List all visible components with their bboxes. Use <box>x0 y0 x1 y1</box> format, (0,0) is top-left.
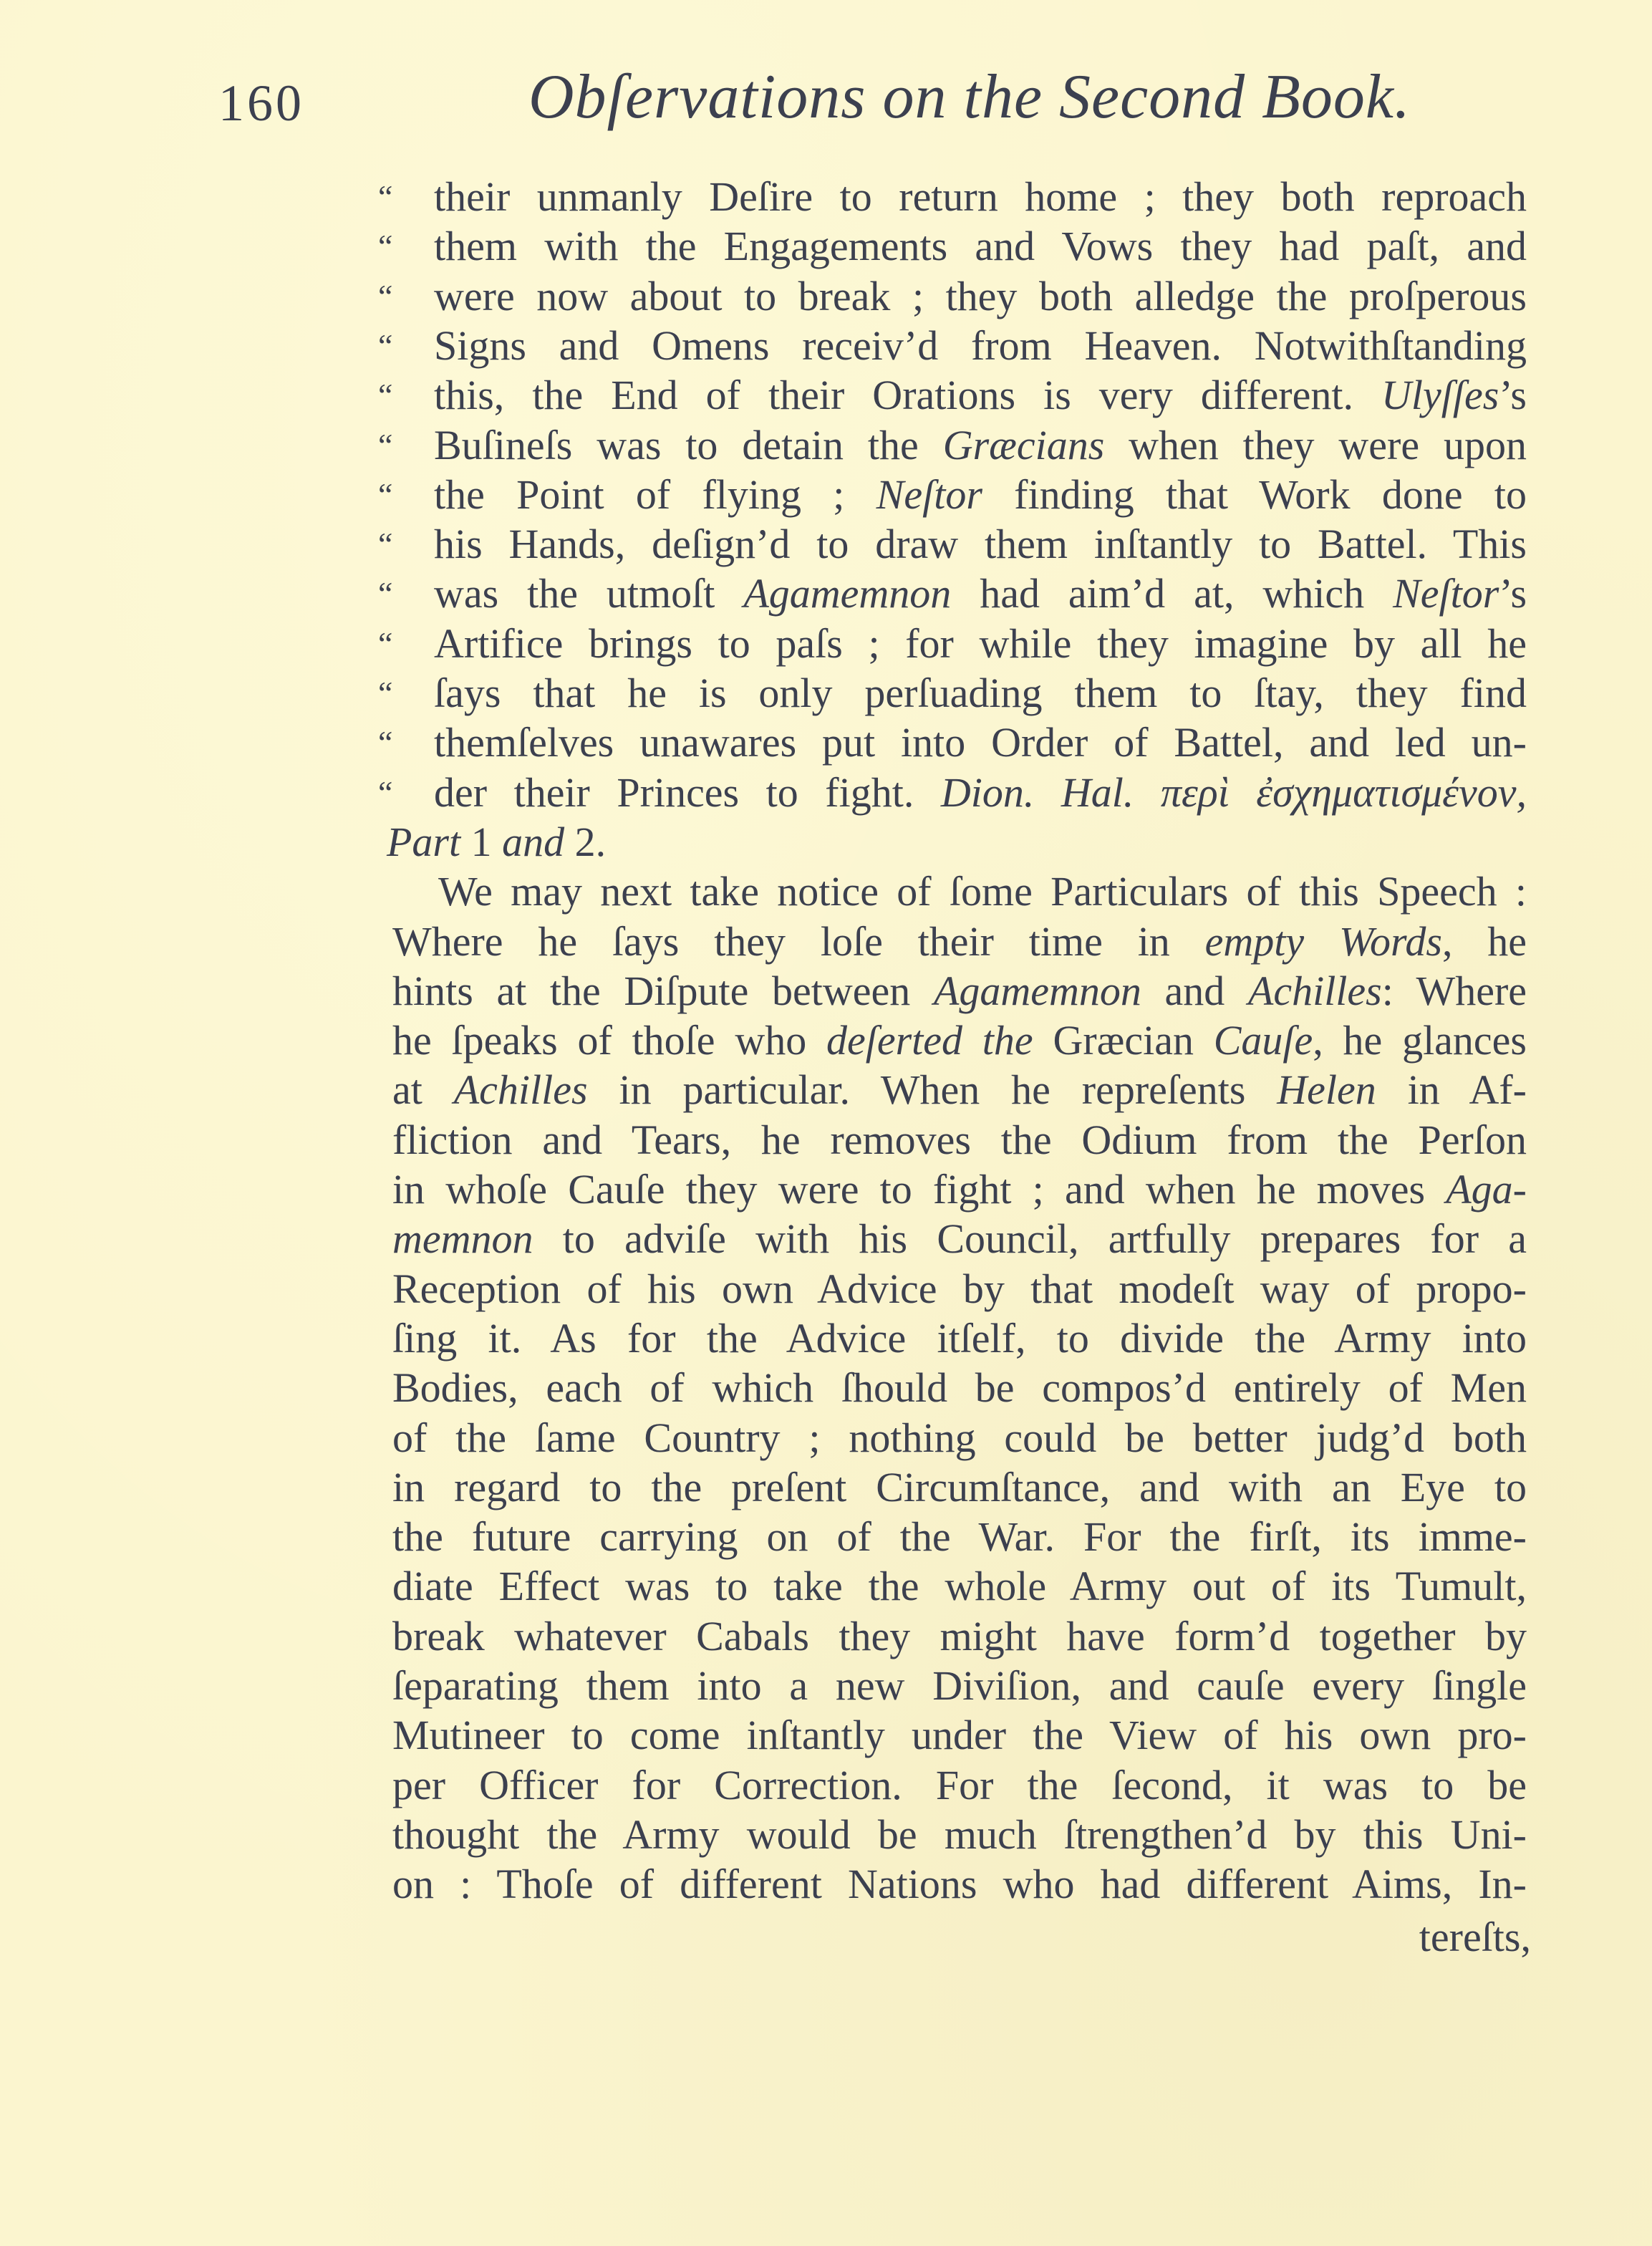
italic-text: Helen <box>1277 1066 1376 1113</box>
text-line: the future carrying on of the War. For t… <box>392 1512 1527 1562</box>
roman-text: thought the Army would be much ſtrengthe… <box>392 1811 1527 1858</box>
text-line: themſelves unawares put into Order of Ba… <box>434 718 1527 768</box>
roman-text: Buſineſs was to detain the <box>434 422 943 468</box>
text-line: on : Thoſe of different Nations who had … <box>392 1859 1527 1909</box>
roman-text: 2. <box>564 819 606 865</box>
text-line: Mutineer to come inſtantly under the Vie… <box>392 1710 1527 1760</box>
quote-mark: “ <box>378 321 390 371</box>
roman-text: had aim’d at, which <box>951 570 1393 617</box>
roman-text: finding that Work done to <box>982 471 1527 518</box>
italic-text: Aga- <box>1446 1166 1527 1213</box>
roman-text: at <box>392 1066 454 1113</box>
italic-text: Agamemnon <box>934 968 1141 1014</box>
text-line: his Hands, deſign’d to draw them inſtant… <box>434 519 1527 569</box>
text-line: hints at the Diſpute between Agamemnon a… <box>392 966 1527 1016</box>
text-line: break whatever Cabals they might have fo… <box>392 1611 1527 1662</box>
catchword: tereſts, <box>1289 1912 1531 1962</box>
roman-text: them with the Engagements and Vows they … <box>434 223 1527 269</box>
text-line: he ſpeaks of thoſe who deſerted the Græc… <box>392 1016 1527 1066</box>
roman-text: der their Princes to fight. <box>434 769 941 816</box>
text-line: Bodies, each of which ſhould be compos’d… <box>392 1363 1527 1413</box>
roman-text: We may next take notice of ſome Particul… <box>438 868 1527 915</box>
text-line: were now about to break ; they both alle… <box>434 271 1527 322</box>
roman-text: on : Thoſe of different Nations who had … <box>392 1861 1527 1907</box>
roman-text: his Hands, deſign’d to draw them inſtant… <box>434 521 1527 567</box>
roman-text <box>1134 769 1161 816</box>
quote-mark: “ <box>378 519 390 569</box>
italic-text: empty Words <box>1205 918 1442 965</box>
italic-text: Achilles <box>1248 968 1382 1014</box>
page-number: 160 <box>218 77 304 129</box>
roman-text: 1 <box>460 819 502 865</box>
roman-text: per Officer for Correction. For the ſeco… <box>392 1762 1527 1808</box>
running-title: Obſervations on the Second Book. <box>528 66 1411 129</box>
text-line: of the ſame Country ; nothing could be b… <box>392 1413 1527 1463</box>
quote-mark: “ <box>378 172 390 222</box>
text-line: per Officer for Correction. For the ſeco… <box>392 1760 1527 1811</box>
roman-text: : Where <box>1382 968 1527 1014</box>
text-line: this, the End of their Orations is very … <box>434 370 1527 420</box>
roman-text: were now about to break ; they both alle… <box>434 273 1527 319</box>
roman-text: ’s <box>1499 372 1527 418</box>
roman-text: , he glances <box>1313 1017 1527 1064</box>
roman-text: and <box>1141 968 1248 1014</box>
roman-text: fliction and Tears, he removes the Odium… <box>392 1117 1527 1163</box>
quote-mark: “ <box>378 221 390 271</box>
quote-mark: “ <box>378 420 390 471</box>
text-line: Artifice brings to paſs ; for while they… <box>434 619 1527 669</box>
italic-text: and <box>502 819 564 865</box>
text-line: Signs and Omens receiv’d from Heaven. No… <box>434 321 1527 371</box>
roman-text: this, the End of their Orations is very … <box>434 372 1381 418</box>
roman-text: ſeparating them into a new Diviſion, and… <box>392 1662 1527 1709</box>
italic-text: Part <box>387 819 460 865</box>
quote-mark: “ <box>378 619 390 669</box>
text-line: their unmanly Deſire to return home ; th… <box>434 172 1527 222</box>
text-line: Part 1 and 2. <box>387 817 1527 867</box>
text-line: the Point of flying ; Neſtor finding tha… <box>434 470 1527 520</box>
text-line: diate Effect was to take the whole Army … <box>392 1561 1527 1611</box>
roman-text: Græcian <box>1033 1017 1214 1064</box>
italic-text: Dion. Hal. <box>941 769 1134 816</box>
roman-text: in regard to the preſent Circumſtance, a… <box>392 1464 1527 1510</box>
quote-mark: “ <box>378 569 390 619</box>
quote-mark: “ <box>378 470 390 520</box>
text-line: We may next take notice of ſome Particul… <box>438 867 1527 917</box>
italic-text: Agamemnon <box>743 570 951 617</box>
italic-text: deſerted the <box>826 1017 1033 1064</box>
italic-text: Ulyſſes <box>1381 372 1499 418</box>
text-line: fliction and Tears, he removes the Odium… <box>392 1115 1527 1165</box>
italic-text: memnon <box>392 1215 533 1262</box>
text-line: was the utmoſt Agamemnon had aim’d at, w… <box>434 569 1527 619</box>
roman-text: Artifice brings to paſs ; for while they… <box>434 620 1527 667</box>
roman-text: in Af- <box>1376 1066 1527 1113</box>
roman-text: break whatever Cabals they might have fo… <box>392 1613 1527 1659</box>
text-line: thought the Army would be much ſtrengthe… <box>392 1810 1527 1860</box>
text-line: der their Princes to fight. Dion. Hal. π… <box>434 768 1527 818</box>
roman-text: when they were upon <box>1104 422 1527 468</box>
italic-text: Neſtor <box>1393 570 1499 617</box>
roman-text: Signs and Omens receiv’d from Heaven. No… <box>434 322 1527 369</box>
roman-text: their unmanly Deſire to return home ; th… <box>434 173 1527 220</box>
roman-text: he ſpeaks of thoſe who <box>392 1017 826 1064</box>
roman-text: the future carrying on of the War. For t… <box>392 1513 1527 1560</box>
text-line: in whoſe Cauſe they were to fight ; and … <box>392 1165 1527 1215</box>
roman-text: Reception of his own Advice by that mode… <box>392 1266 1527 1312</box>
roman-text: was the utmoſt <box>434 570 743 617</box>
roman-text: Where he ſays they loſe their time in <box>392 918 1205 965</box>
roman-text: diate Effect was to take the whole Army … <box>392 1563 1527 1609</box>
roman-text: Mutineer to come inſtantly under the Vie… <box>392 1712 1527 1758</box>
text-line: ſeparating them into a new Diviſion, and… <box>392 1661 1527 1711</box>
roman-text: hints at the Diſpute between <box>392 968 934 1014</box>
quote-mark: “ <box>378 668 390 718</box>
running-head: 160 Obſervations on the Second Book. <box>0 0 1652 172</box>
text-line: Where he ſays they loſe their time in em… <box>392 917 1527 967</box>
text-line: at Achilles in particular. When he repre… <box>392 1065 1527 1115</box>
quote-mark: “ <box>378 271 390 322</box>
italic-text: Cauſe <box>1214 1017 1313 1064</box>
italic-text: Achilles <box>454 1066 588 1113</box>
roman-text: Bodies, each of which ſhould be compos’d… <box>392 1364 1527 1411</box>
text-line: in regard to the preſent Circumſtance, a… <box>392 1462 1527 1513</box>
roman-text: in whoſe Cauſe they were to fight ; and … <box>392 1166 1446 1213</box>
roman-text: ſays that he is only perſuading them to … <box>434 670 1527 716</box>
roman-text: in particular. When he repreſents <box>588 1066 1277 1113</box>
roman-text: ’s <box>1499 570 1527 617</box>
italic-text: Neſtor <box>876 471 982 518</box>
text-line: memnon to adviſe with his Council, artfu… <box>392 1214 1527 1264</box>
roman-text: ſing it. As for the Advice itſelf, to di… <box>392 1315 1527 1361</box>
roman-text: to adviſe with his Council, artfully pre… <box>533 1215 1527 1262</box>
quote-mark: “ <box>378 768 390 818</box>
roman-text: themſelves unawares put into Order of Ba… <box>434 719 1527 766</box>
text-line: Buſineſs was to detain the Græcians when… <box>434 420 1527 471</box>
text-line: ſays that he is only perſuading them to … <box>434 668 1527 718</box>
text-line: them with the Engagements and Vows they … <box>434 221 1527 271</box>
roman-text: the Point of flying ; <box>434 471 876 518</box>
text-line: Reception of his own Advice by that mode… <box>392 1264 1527 1314</box>
italic-text: Græcians <box>943 422 1105 468</box>
quote-mark: “ <box>378 718 390 768</box>
italic-text: περὶ ἐσχηματισμένον, <box>1161 769 1527 816</box>
quote-mark: “ <box>378 370 390 420</box>
roman-text: , he <box>1442 918 1527 965</box>
roman-text: of the ſame Country ; nothing could be b… <box>392 1414 1527 1461</box>
text-line: ſing it. As for the Advice itſelf, to di… <box>392 1314 1527 1364</box>
